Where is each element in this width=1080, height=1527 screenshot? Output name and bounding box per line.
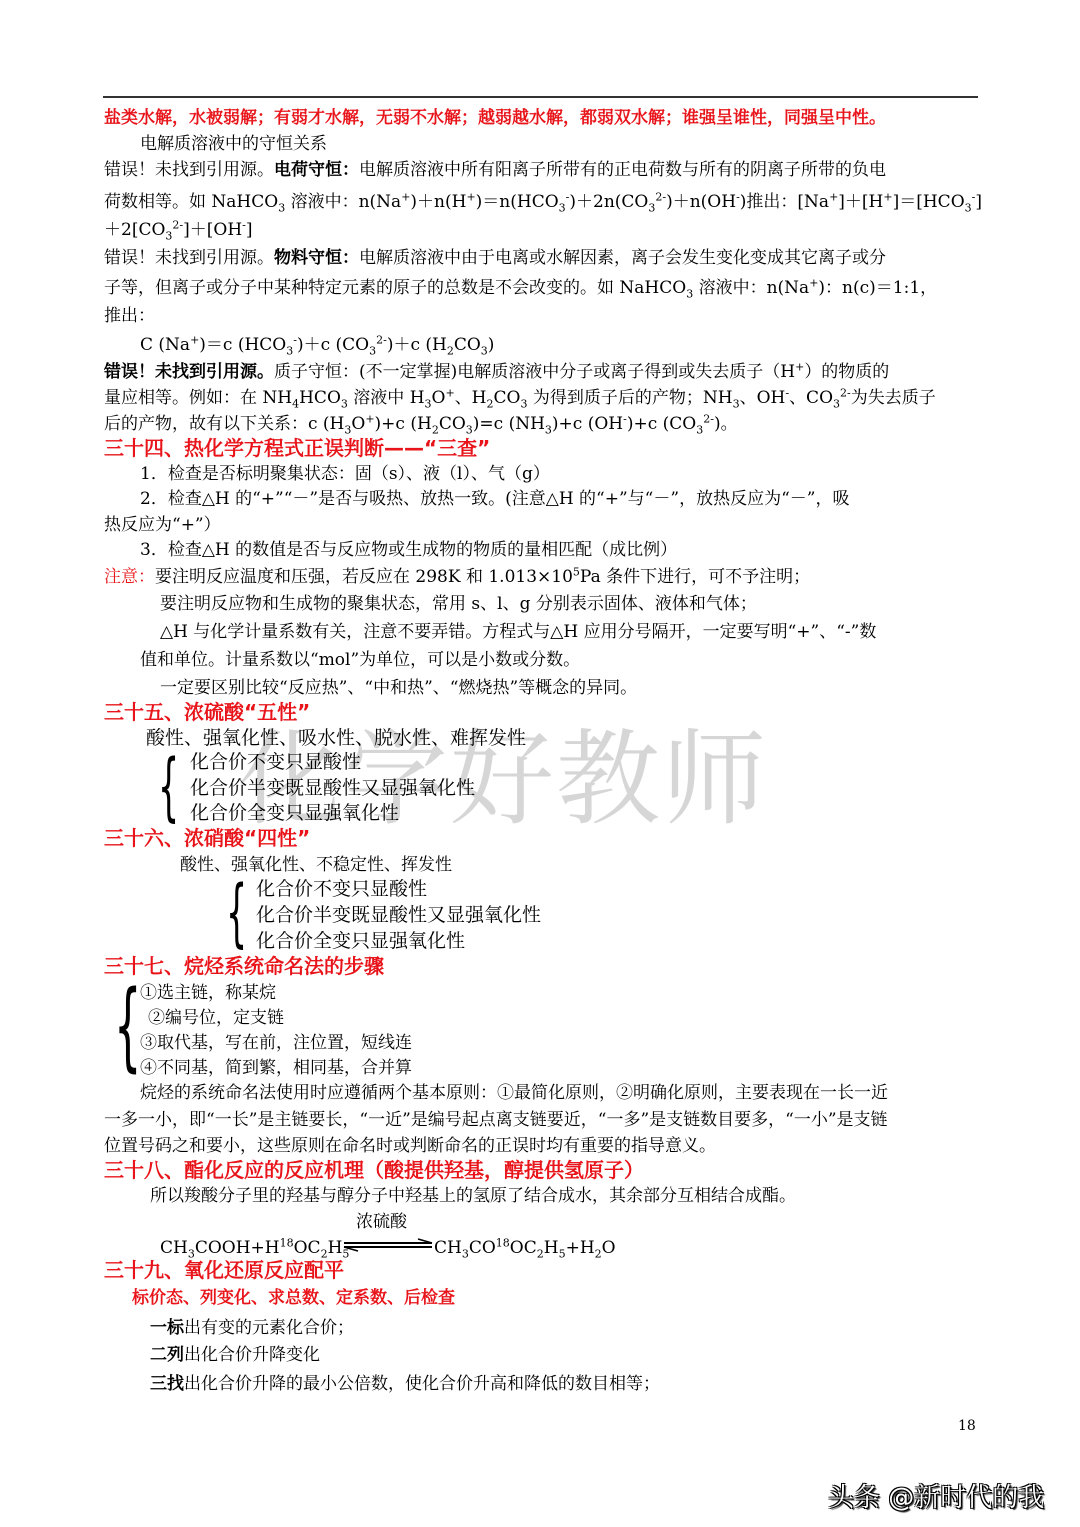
text: 溶液中：n(Na	[285, 192, 401, 212]
section-37-step-1: ①选主链，称某烷	[140, 981, 276, 1005]
text: C (Na	[140, 335, 190, 355]
text: )+c (CO	[627, 414, 696, 434]
footer-credit: 头条 @新时代的我	[828, 1477, 1044, 1514]
section-38-title: 三十八、酯化反应的反应机理（酸提供羟基，醇提供氢原子）	[104, 1158, 644, 1182]
text: 为得到质子后的产物；NH	[527, 388, 732, 408]
text: 质子守恒：(不一定掌握)电解质溶液中分子或离子得到或失去质子（H	[274, 362, 795, 382]
text: 溶液中 H	[348, 388, 425, 408]
superscript: 5	[573, 565, 580, 578]
section-37-step-2: ②编号位，定支链	[148, 1006, 284, 1030]
text: )＋n(OH	[666, 192, 736, 212]
section-37-title: 三十七、烷烃系统命名法的步骤	[104, 954, 384, 978]
text: CO	[454, 335, 481, 355]
text: )＋n(H	[410, 192, 466, 212]
text: O	[602, 1238, 616, 1258]
material-conservation-line2: 子等，但离子或分子中某种特定元素的原子的总数是不会改变的。如 NaHCO3 溶液…	[104, 276, 937, 300]
text: )＋c (CO	[297, 335, 369, 355]
text: )。	[714, 414, 738, 434]
section-34-note-5: 一定要区别比较“反应热”、“中和热”、“燃烧热”等概念的异同。	[160, 676, 637, 700]
text: 子等，但离子或分子中某种特定元素的原子的总数是不会改变的。如 NaHCO	[104, 278, 686, 298]
page-number: 18	[958, 1418, 976, 1434]
text: ]＋[OH	[183, 220, 242, 240]
text: 荷数相等。如 NaHCO	[104, 192, 278, 212]
section-39-title: 三十九、氧化还原反应配平	[104, 1258, 344, 1282]
section-37-paragraph-1: 烷烃的系统命名法使用时应遵循两个基本原则：①最简化原则，②明确化原则，主要表现在…	[140, 1081, 888, 1105]
charge-label: 电荷守恒：	[274, 160, 359, 180]
section-36-properties: 酸性、强氧化性、不稳定性、挥发性	[180, 853, 452, 877]
text: 要注明反应温度和压强，若反应在 298K 和 1.013×10	[155, 567, 573, 587]
text: CO	[494, 388, 521, 408]
section-38-paragraph: 所以羧酸分子里的羟基与醇分子中羟基上的氢原了结合成水，其余部分互相结合成酯。	[150, 1184, 796, 1208]
esterification-reactants: CH3COOH+H18OC2H5	[160, 1236, 349, 1260]
section-36-brace-item-3: 化合价全变只显强氧化性	[256, 929, 465, 953]
text: )+c (OH	[552, 414, 623, 434]
section-35-brace-item-3: 化合价全变只显强氧化性	[190, 801, 399, 825]
text: 溶液中：n(Na	[693, 278, 809, 298]
charge-conservation-line2: 荷数相等。如 NaHCO3 溶液中：n(Na+)＋n(H+)＝n(HCO3-)＋…	[104, 190, 982, 214]
section-39-step-3: 三找出化合价升降的最小公倍数，使化合价升高和降低的数目相等；	[150, 1372, 660, 1396]
proton-conservation-line1: 错误！未找到引用源。质子守恒：(不一定掌握)电解质溶液中分子或离子得到或失去质子…	[104, 360, 889, 384]
section-35-brace-item-1: 化合价不变只显酸性	[190, 750, 361, 774]
section-39-step-1: 一标出有变的元素化合价；	[150, 1316, 354, 1340]
error-prefix: 错误！未找到引用源。	[104, 248, 274, 268]
section-37-step-4: ④不同基，简到繁，相同基，合并算	[140, 1056, 412, 1080]
text: 后的产物，故有以下关系：c (H	[104, 414, 344, 434]
text: ]	[246, 220, 253, 240]
text: 出化合价升降变化	[184, 1345, 320, 1365]
section-34-note-2: 要注明反应物和生成物的聚集状态，常用 s、l、g 分别表示固体、液体和气体；	[160, 592, 757, 616]
text: )+c (H	[375, 414, 432, 434]
brace-icon: {	[158, 750, 179, 824]
charge-conservation-line3: ＋2[CO32-]＋[OH-]	[104, 218, 253, 242]
text: OC	[510, 1238, 537, 1258]
text: CO	[469, 1238, 496, 1258]
note-label: 注意：	[104, 567, 155, 587]
text: 出化合价升降的最小公倍数，使化合价升高和降低的数目相等；	[184, 1374, 660, 1394]
text: ]	[975, 192, 982, 212]
text: ＋2[CO	[104, 220, 165, 240]
conservation-title: 电解质溶液中的守恒关系	[140, 132, 327, 156]
text: 出有变的元素化合价；	[184, 1318, 354, 1338]
section-35-brace-item-2: 化合价半变既显酸性又显强氧化性	[190, 776, 475, 800]
section-37-paragraph-3: 位置号码之和要小，这些原则在命名时或判断命名的正误时均有重要的指导意义。	[104, 1134, 716, 1158]
section-34-note-3: △H 与化学计量系数有关，注意不要弄错。方程式与△H 应用分号隔开，一定要写明“…	[160, 620, 876, 644]
section-36-brace-item-1: 化合价不变只显酸性	[256, 877, 427, 901]
text: Pa 条件下进行，可不予注明；	[580, 567, 810, 587]
section-34-title: 三十四、热化学方程式正误判断——“三查”	[104, 436, 490, 460]
header-rule	[103, 96, 978, 98]
esterification-products: CH3CO18OC2H5+H2O	[434, 1236, 616, 1260]
text: )	[488, 335, 495, 355]
text: 量应相等。例如：在 NH	[104, 388, 292, 408]
section-34-item-2: 2．检查△H 的“+”“－”是否与吸热、放热一致。(注意△H 的“+”与“－”，…	[140, 487, 849, 511]
text: )＝n(HCO	[476, 192, 559, 212]
text: OC	[294, 1238, 321, 1258]
hydrolysis-rule: 盐类水解，水被弱解；有弱才水解，无弱不水解；越弱越水解，都弱双水解；谁强呈谁性，…	[104, 106, 886, 130]
step-keyword: 二列	[150, 1345, 184, 1365]
text: ]＝[HCO	[893, 192, 965, 212]
charge-text: 电解质溶液中所有阳离子所带有的正电荷数与所有的阴离子所带的负电	[359, 160, 886, 180]
section-34-note-4: 值和单位。计量系数以“mol”为单位，可以是小数或分数。	[140, 648, 580, 672]
section-34-item-2-cont: 热反应为“+”）	[104, 513, 221, 537]
material-formula: C (Na+)＝c (HCO3-)＋c (CO32-)＋c (H2CO3)	[140, 333, 494, 357]
step-keyword: 一标	[150, 1318, 184, 1338]
section-36-title: 三十六、浓硝酸“四性”	[104, 826, 310, 850]
text: COOH+H	[195, 1238, 280, 1258]
text: 、CO	[789, 388, 833, 408]
step-keyword: 三找	[150, 1374, 184, 1394]
section-37-step-3: ③取代基，写在前，注位置，短线连	[140, 1031, 412, 1055]
text: )：n(c)＝1:1，	[818, 278, 937, 298]
section-37-paragraph-2: 一多一小，即“一长”是主链要长，“一近”是编号起点离支链要近，“一多”是支链数目…	[104, 1108, 888, 1132]
text: )＋c (H	[387, 335, 447, 355]
section-39-subtitle: 标价态、列变化、求总数、定系数、后检查	[132, 1286, 455, 1310]
text: CH	[160, 1238, 188, 1258]
text: )＝c (HCO	[199, 335, 286, 355]
section-35-properties: 酸性、强氧化性、吸水性、脱水性、难挥发性	[146, 726, 526, 750]
text: O	[432, 388, 446, 408]
text: +H	[566, 1238, 595, 1258]
text: O	[351, 414, 365, 434]
section-35-title: 三十五、浓硫酸“五性”	[104, 700, 310, 724]
text: )=c (NH	[473, 414, 545, 434]
material-conservation-line1: 错误！未找到引用源。物料守恒：电解质溶液中由于电离或水解因素，离子会发生变化变成…	[104, 246, 886, 270]
error-prefix: 错误！未找到引用源。	[104, 160, 274, 180]
section-34-item-3: 3．检查△H 的数值是否与反应物或生成物的物质的量相匹配（成比例）	[140, 538, 677, 562]
material-label: 物料守恒：	[274, 248, 359, 268]
reversible-arrow-icon	[342, 1238, 434, 1252]
text: )推出：[Na	[740, 192, 829, 212]
catalyst-label: 浓硫酸	[356, 1210, 407, 1234]
text: ]＋[H	[838, 192, 883, 212]
section-34-item-1: 1．检查是否标明聚集状态：固（s）、液（l）、气（g）	[140, 462, 550, 486]
text: 、OH	[740, 388, 786, 408]
text: 为失去质子	[851, 388, 936, 408]
text: HCO	[299, 388, 341, 408]
brace-icon: {	[226, 876, 247, 950]
section-36-brace-item-2: 化合价半变既显酸性又显强氧化性	[256, 903, 541, 927]
charge-conservation-line1: 错误！未找到引用源。电荷守恒：电解质溶液中所有阳离子所带有的正电荷数与所有的阴离…	[104, 158, 886, 182]
text: CO	[439, 414, 466, 434]
text: H	[544, 1238, 559, 1258]
brace-icon: {	[114, 978, 141, 1074]
text: 电解质溶液中由于电离或水解因素，离子会发生变化变成其它离子或分	[359, 248, 886, 268]
proton-conservation-line3: 后的产物，故有以下关系：c (H3O+)+c (H2CO3)=c (NH3)+c…	[104, 412, 738, 436]
error-prefix: 错误！未找到引用源。	[104, 362, 274, 382]
text: H	[328, 1238, 343, 1258]
material-conservation-line3: 推出：	[104, 304, 155, 328]
text: ）的物质的	[804, 362, 889, 382]
text: )＋2n(CO	[569, 192, 648, 212]
text: CH	[434, 1238, 462, 1258]
section-34-note-1: 注意：要注明反应温度和压强，若反应在 298K 和 1.013×105Pa 条件…	[104, 565, 810, 589]
section-39-step-2: 二列出化合价升降变化	[150, 1343, 320, 1367]
proton-conservation-line2: 量应相等。例如：在 NH4HCO3 溶液中 H3O+、H2CO3 为得到质子后的…	[104, 386, 936, 410]
text: 、H	[455, 388, 487, 408]
